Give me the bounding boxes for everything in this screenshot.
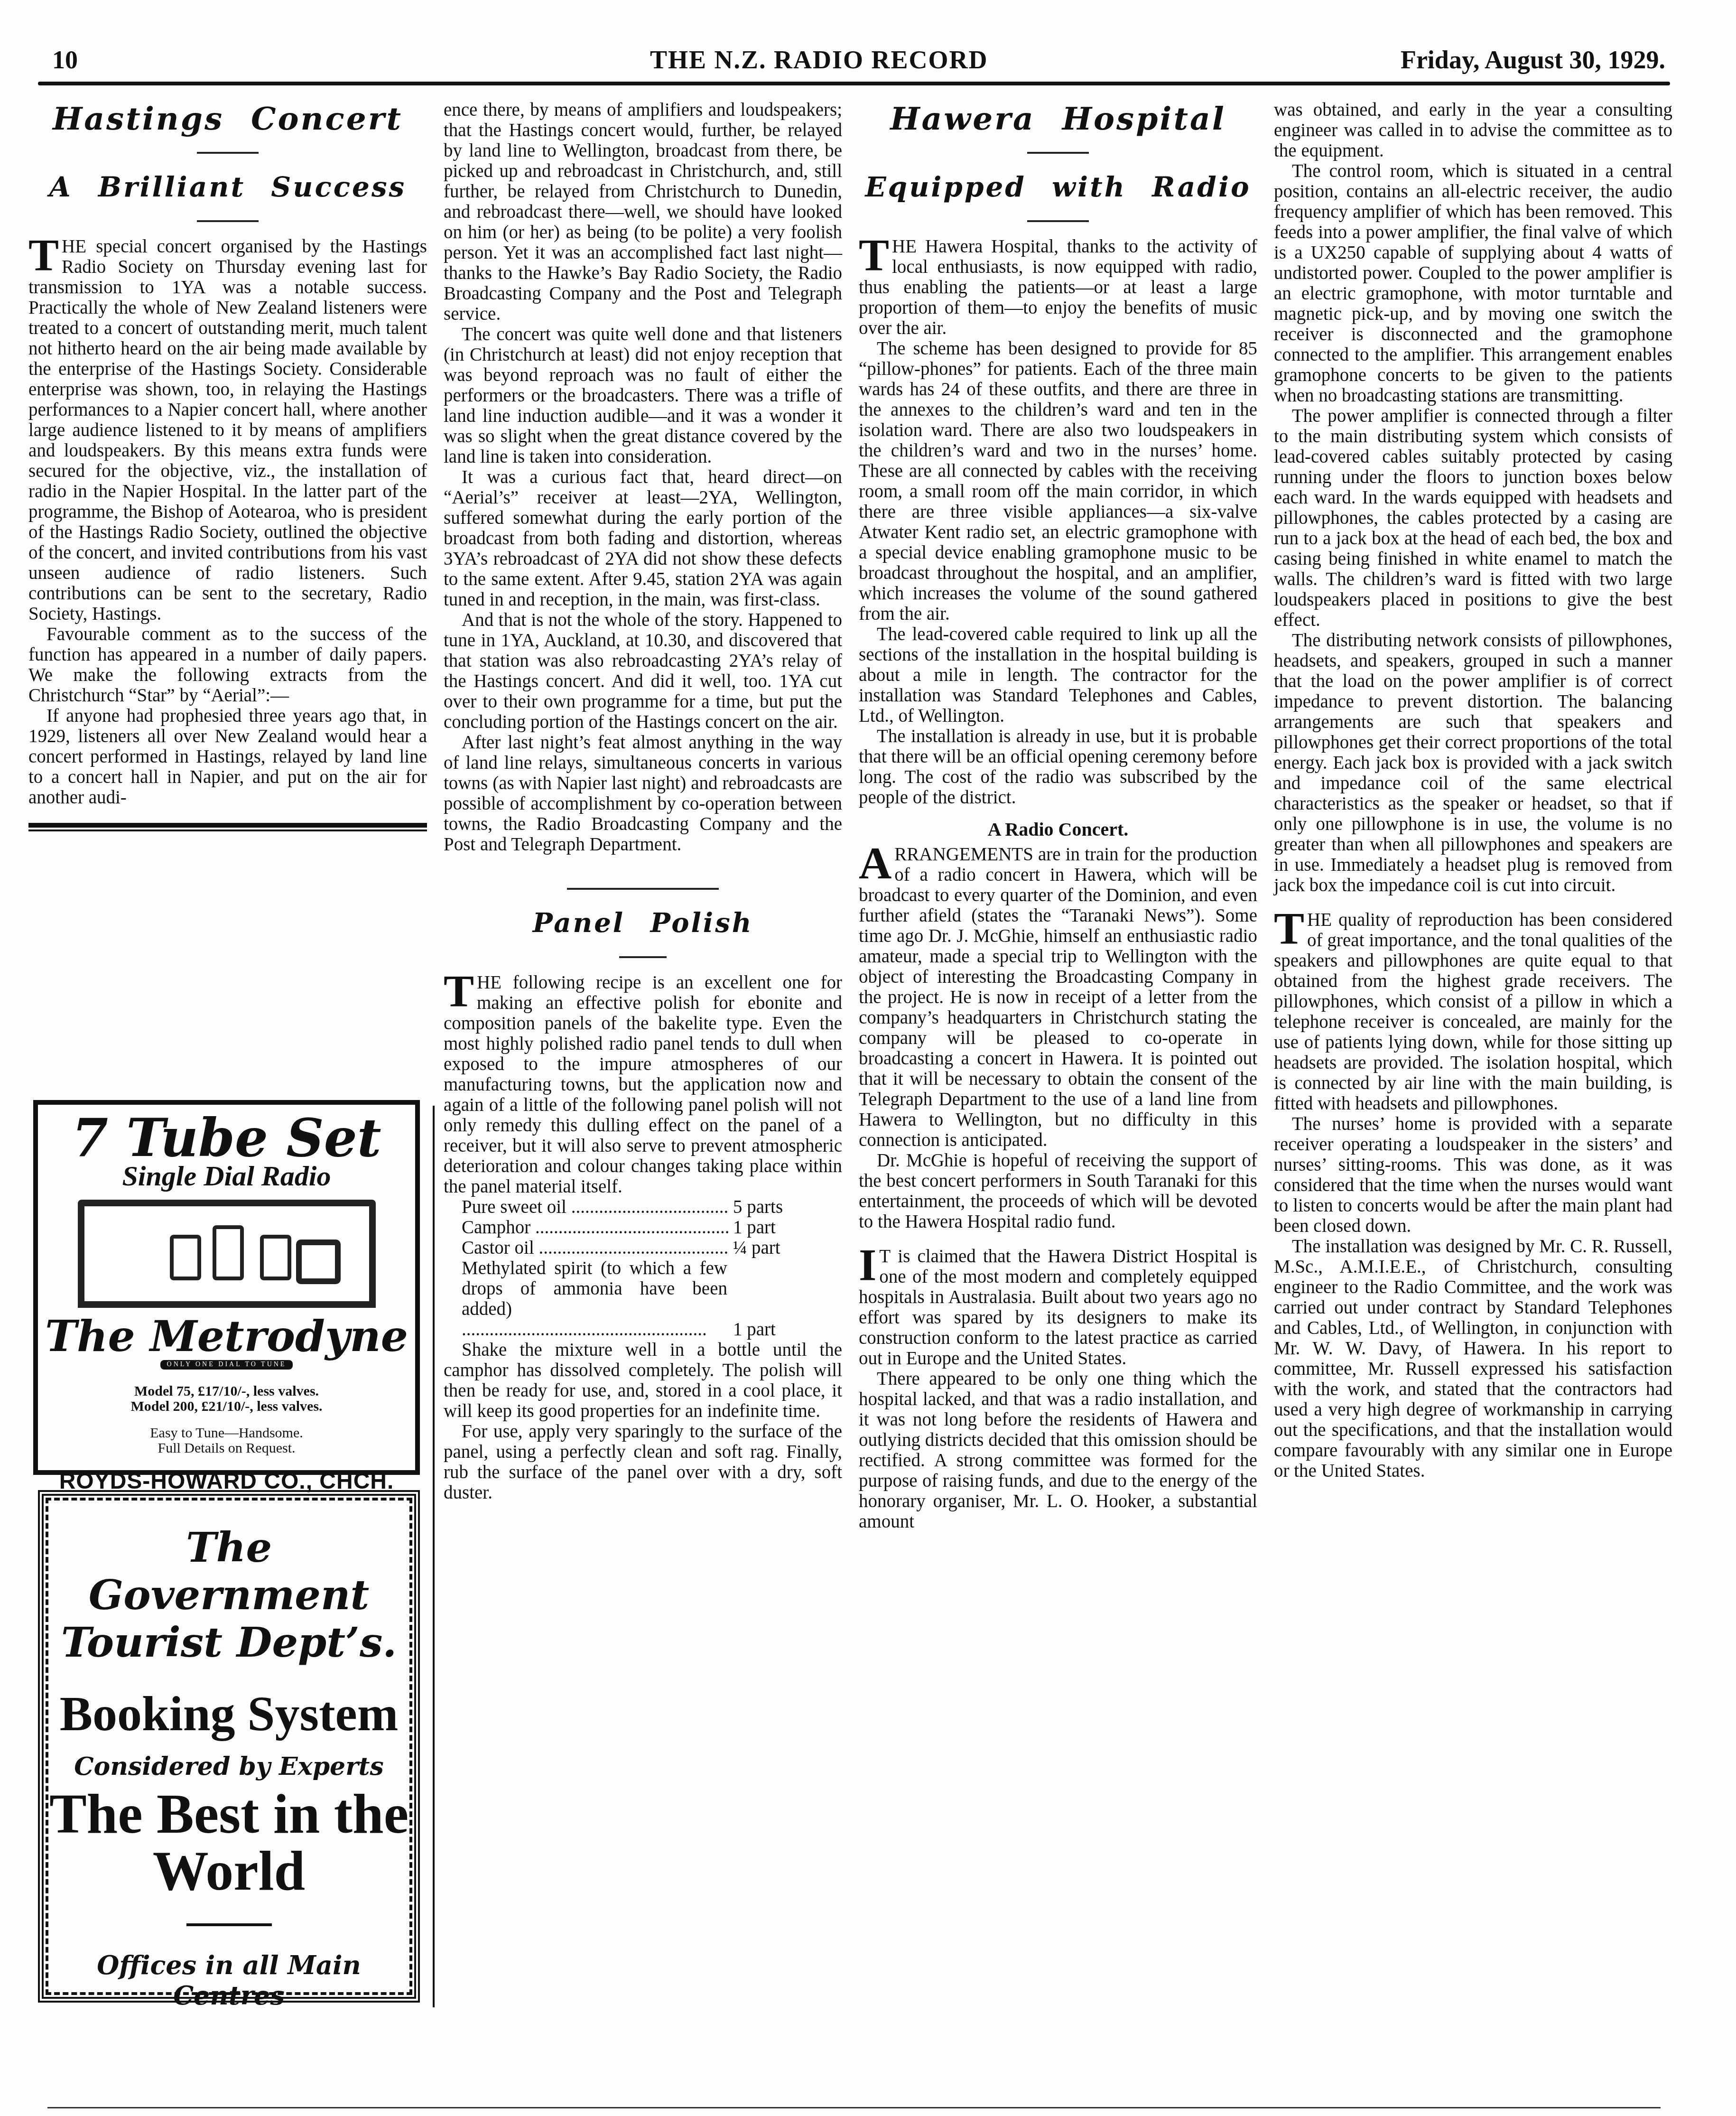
dial-knob-icon [260, 1235, 291, 1280]
lead-caps: HE [892, 236, 917, 257]
ad-line: The Government Tourist Dept’s. [44, 1524, 414, 1667]
article-paragraph: Shake the mixture well in a bottle until… [444, 1340, 842, 1421]
recipe-row: Castor oil¼ part [462, 1238, 842, 1258]
article-paragraph: THE Hawera Hospital, thanks to the activ… [859, 236, 1257, 338]
article-paragraph: The power amplifier is connected through… [1274, 406, 1672, 630]
article-paragraph: THE following recipe is an excellent one… [444, 972, 842, 1197]
lead-caps: T [879, 1246, 891, 1267]
ad-headline: Booking System [44, 1686, 414, 1743]
recipe-row: Camphor1 part [462, 1217, 842, 1238]
radio-set-illustration [78, 1200, 376, 1308]
section-divider [567, 888, 719, 890]
page-number: 10 [52, 45, 78, 75]
spacer [1274, 895, 1672, 910]
article-paragraph: ARRANGEMENTS are in train for the produc… [859, 844, 1257, 1150]
ad-brand: The Metrodyne [38, 1313, 415, 1360]
drop-cap: A [859, 844, 891, 882]
section-divider [28, 823, 427, 831]
advertisement-metrodyne: 7 Tube Set Single Dial Radio The Metrody… [33, 1100, 420, 1475]
article-paragraph: The distributing network consists of pil… [1274, 630, 1672, 895]
ad-subline: Considered by Experts [44, 1752, 414, 1781]
ad-claim: The Best in the World [44, 1786, 414, 1900]
dial-knob-icon [170, 1235, 201, 1280]
ad-pitch: Easy to Tune—Handsome. Full Details on R… [38, 1426, 415, 1456]
spacer [859, 1232, 1257, 1246]
article-paragraph: If anyone had prophesied three years ago… [28, 706, 427, 808]
article-paragraph: ence there, by means of amplifiers and l… [444, 100, 842, 324]
speaker-grille-icon [296, 1240, 341, 1284]
headline-rule [1027, 220, 1089, 222]
ad-models: Model 75, £17/10/-, less valves. Model 2… [38, 1384, 415, 1414]
masthead-rule [38, 82, 1670, 85]
article-headline-hastings: Hastings Concert [28, 100, 427, 138]
article-paragraph: THE special concert organised by the Has… [28, 236, 427, 624]
column-1: Hastings Concert A Brilliant Success THE… [28, 100, 427, 837]
column-3: Hawera Hospital Equipped with Radio THE … [859, 100, 1257, 1532]
recipe-list: Pure sweet oil5 parts Camphor1 part Cast… [462, 1197, 842, 1340]
article-headline-panel-polish: Panel Polish [444, 904, 842, 942]
headline-rule [619, 956, 667, 958]
article-paragraph: The lead-covered cable required to link … [859, 624, 1257, 726]
recipe-row: Methylated spirit (to which a few drops … [462, 1258, 842, 1340]
masthead: 10 THE N.Z. RADIO RECORD Friday, August … [52, 45, 1665, 78]
article-paragraph: The control room, which is situated in a… [1274, 161, 1672, 406]
lead-caps: HE [1307, 910, 1332, 930]
drop-cap: T [859, 236, 889, 274]
headline-rule [197, 220, 259, 222]
drop-cap: I [859, 1246, 876, 1284]
article-subheadline-hawera: Equipped with Radio [859, 168, 1257, 206]
article-paragraph: And that is not the whole of the story. … [444, 610, 842, 732]
ad-headline: 7 Tube Set [38, 1114, 415, 1162]
article-paragraph: The scheme has been designed to provide … [859, 338, 1257, 624]
dial-window-icon [213, 1225, 244, 1280]
article-paragraph: IT is claimed that the Hawera District H… [859, 1246, 1257, 1369]
lead-caps: HE [62, 236, 86, 257]
article-paragraph: After last night’s feat almost anything … [444, 732, 842, 855]
section-heading-radio-concert: A Radio Concert. [859, 819, 1257, 839]
ad-tagline: ONLY ONE DIAL TO TUNE [160, 1360, 293, 1370]
column-2: ence there, by means of amplifiers and l… [444, 100, 842, 1503]
page-bottom-rule [47, 2107, 1661, 2108]
advertisement-tourist-dept: The Government Tourist Dept’s. Booking S… [38, 1490, 420, 2003]
article-subheadline-hastings: A Brilliant Success [28, 168, 427, 206]
article-paragraph: was obtained, and early in the year a co… [1274, 100, 1672, 161]
ad-footer: Offices in all Main Centres [44, 1950, 414, 2011]
drop-cap: T [28, 236, 59, 274]
article-paragraph: THE quality of reproduction has been con… [1274, 910, 1672, 1114]
issue-date: Friday, August 30, 1929. [1401, 45, 1665, 75]
headline-rule [1027, 152, 1089, 154]
article-paragraph: It was a curious fact that, heard direct… [444, 467, 842, 610]
headline-rule [197, 152, 259, 154]
article-paragraph: The installation is already in use, but … [859, 726, 1257, 808]
article-paragraph: Dr. McGhie is hopeful of receiving the s… [859, 1150, 1257, 1232]
article-paragraph: The concert was quite well done and that… [444, 324, 842, 467]
column-4: was obtained, and early in the year a co… [1274, 100, 1672, 1481]
publication-title: THE N.Z. RADIO RECORD [650, 45, 988, 75]
ad-rule [186, 1923, 272, 1926]
column-divider [433, 1106, 435, 2007]
drop-cap: T [1274, 910, 1304, 948]
article-paragraph: For use, apply very sparingly to the sur… [444, 1421, 842, 1503]
article-paragraph: The installation was designed by Mr. C. … [1274, 1236, 1672, 1481]
article-paragraph: Favourable comment as to the success of … [28, 624, 427, 706]
lead-caps: HE [477, 972, 501, 993]
drop-cap: T [444, 972, 474, 1010]
article-headline-hawera: Hawera Hospital [859, 100, 1257, 138]
lead-caps: RRANGEMENTS [894, 844, 1033, 865]
article-paragraph: There appeared to be only one thing whic… [859, 1369, 1257, 1532]
article-paragraph: The nurses’ home is provided with a sepa… [1274, 1114, 1672, 1236]
recipe-row: Pure sweet oil5 parts [462, 1197, 842, 1217]
